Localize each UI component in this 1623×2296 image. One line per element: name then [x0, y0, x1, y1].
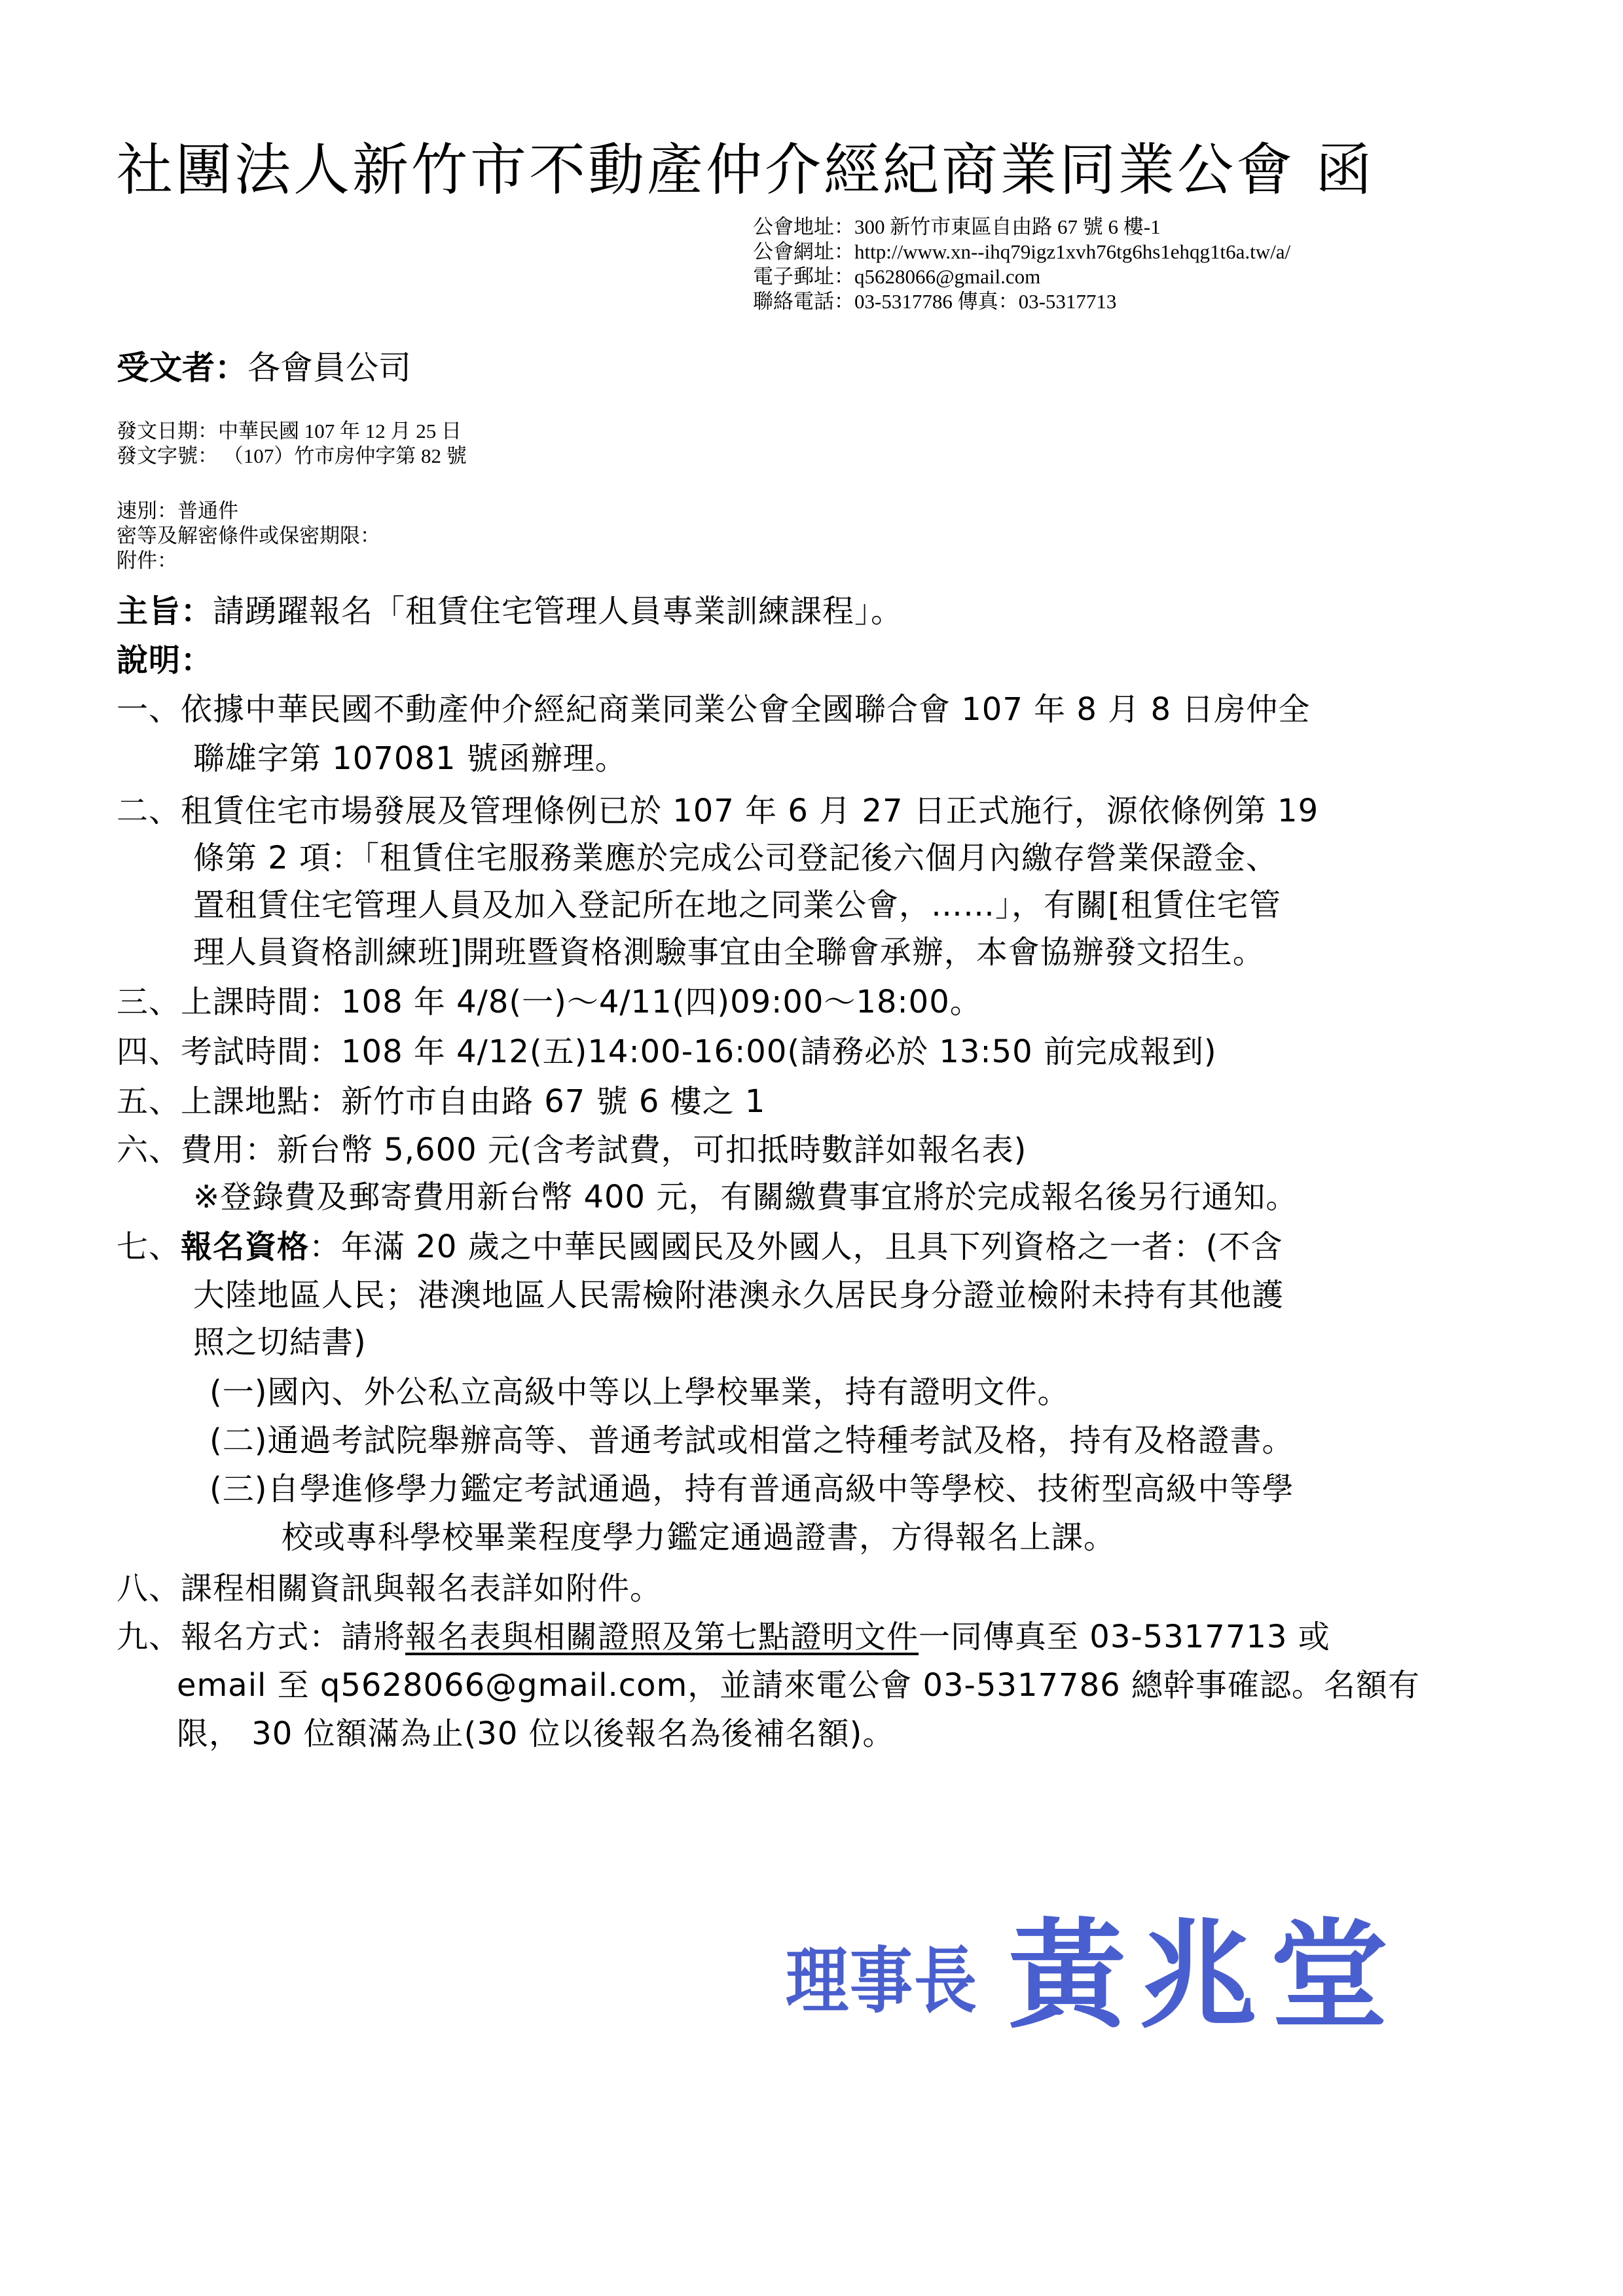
attachments: 附件： [117, 548, 177, 573]
item-9-prefix: 九、報名方式：請將 [117, 1619, 405, 1655]
item-8-attachments: 八、課程相關資訊與報名表詳如附件。 [117, 1563, 662, 1608]
issue-date: 發文日期：中華民國 107 年 12 月 25 日 [117, 419, 462, 444]
item-7-sub-3-line-1: (三)自學進修學力鑑定考試通過，持有普通高級中等學校、技術型高級中等學 [210, 1463, 1294, 1509]
recipient-label: 受文者： [117, 349, 247, 387]
item-2-line-2: 條第 2 項：「租賃住宅服務業應於完成公司登記後六個月內繳存營業保證金、 [193, 833, 1278, 878]
item-1-line-1: 一、依據中華民國不動產仲介經紀商業同業公會全國聯合會 107 年 8 月 8 日… [117, 684, 1310, 729]
item-2-line-4: 理人員資格訓練班]開班暨資格測驗事宜由全聯會承辦，本會協辦發文招生。 [193, 927, 1265, 972]
delivery-speed: 速別：普通件 [117, 499, 238, 524]
item-9-line-3: 限， 30 位額滿為止(30 位以後報名為後補名額)。 [177, 1708, 894, 1753]
signature-name: 黃兆堂 [1008, 1882, 1401, 2051]
item-1-line-2: 聯雄字第 107081 號函辦理。 [193, 733, 627, 778]
item-9-line-1: 九、報名方式：請將報名表與相關證照及第七點證明文件一同傳真至 03-531771… [117, 1611, 1330, 1657]
item-7-prefix: 七、 [117, 1229, 181, 1265]
item-6-note: ※登錄費及郵寄費用新台幣 400 元，有關繳費事宜將於完成報名後另行通知。 [193, 1172, 1298, 1217]
subject: 主旨：請踴躍報名「租賃住宅管理人員專業訓練課程」。 [117, 586, 903, 631]
association-email: 電子郵址：q5628066@gmail.com [753, 264, 1040, 289]
item-6-fee: 六、費用：新台幣 5,600 元(含考試費，可扣抵時數詳如報名表) [117, 1124, 1027, 1170]
recipient-value: 各會員公司 [247, 349, 411, 387]
item-3-class-time: 三、上課時間：108 年 4/8(一)～4/11(四)09:00～18:00。 [117, 977, 982, 1022]
item-9-line-2: email 至 q5628066@gmail.com，並請來電公會 03-531… [177, 1660, 1420, 1705]
item-9-fax-text: 一同傳真至 03-5317713 或 [919, 1619, 1330, 1655]
recipient: 受文者：各會員公司 [117, 342, 411, 389]
signature-role: 理事長 [786, 1924, 978, 2028]
document-title: 社團法人新竹市不動產仲介經紀商業同業公會 函 [117, 124, 1374, 206]
item-7-line-2: 大陸地區人民；港澳地區人民需檢附港澳永久居民身分證並檢附未持有其他護 [193, 1270, 1284, 1315]
item-7-sub-1: (一)國內、外公私立高級中等以上學校畢業，持有證明文件。 [210, 1367, 1069, 1412]
secrecy-level: 密等及解密條件或保密期限： [117, 524, 380, 548]
item-7-label: 報名資格 [181, 1229, 309, 1265]
subject-label: 主旨： [117, 593, 213, 630]
association-phone-fax: 聯絡電話：03-5317786 傳真：03-5317713 [753, 289, 1116, 314]
item-9-required-documents: 報名表與相關證照及第七點證明文件 [405, 1619, 919, 1655]
item-7-line-1: 七、報名資格：年滿 20 歲之中華民國國民及外國人，且具下列資格之一者：(不含 [117, 1221, 1283, 1266]
item-7-text: ：年滿 20 歲之中華民國國民及外國人，且具下列資格之一者：(不含 [309, 1229, 1283, 1265]
association-address: 公會地址：300 新竹市東區自由路 67 號 6 樓-1 [753, 215, 1161, 240]
subject-text: 請踴躍報名「租賃住宅管理人員專業訓練課程」。 [213, 593, 903, 630]
item-2-line-1: 二、租賃住宅市場發展及管理條例已於 107 年 6 月 27 日正式施行，源依條… [117, 785, 1319, 831]
explanation-label: 說明： [117, 635, 213, 680]
item-7-sub-2: (二)通過考試院舉辦高等、普通考試或相當之特種考試及格，持有及格證書。 [210, 1415, 1294, 1460]
item-5-class-location: 五、上課地點：新竹市自由路 67 號 6 樓之 1 [117, 1076, 765, 1121]
item-4-exam-time: 四、考試時間：108 年 4/12(五)14:00-16:00(請務必於 13:… [117, 1026, 1217, 1071]
association-website: 公會網址：http://www.xn--ihq79igz1xvh76tg6hs1… [753, 240, 1290, 264]
item-7-sub-3-line-2: 校或專科學校畢業程度學力鑑定通過證書，方得報名上課。 [282, 1512, 1116, 1557]
reference-number: 發文字號： （107）竹市房仲字第 82 號 [117, 444, 467, 469]
item-2-line-3: 置租賃住宅管理人員及加入登記所在地之同業公會，……」，有關[租賃住宅管 [193, 880, 1281, 925]
item-7-line-3: 照之切結書) [193, 1317, 367, 1362]
